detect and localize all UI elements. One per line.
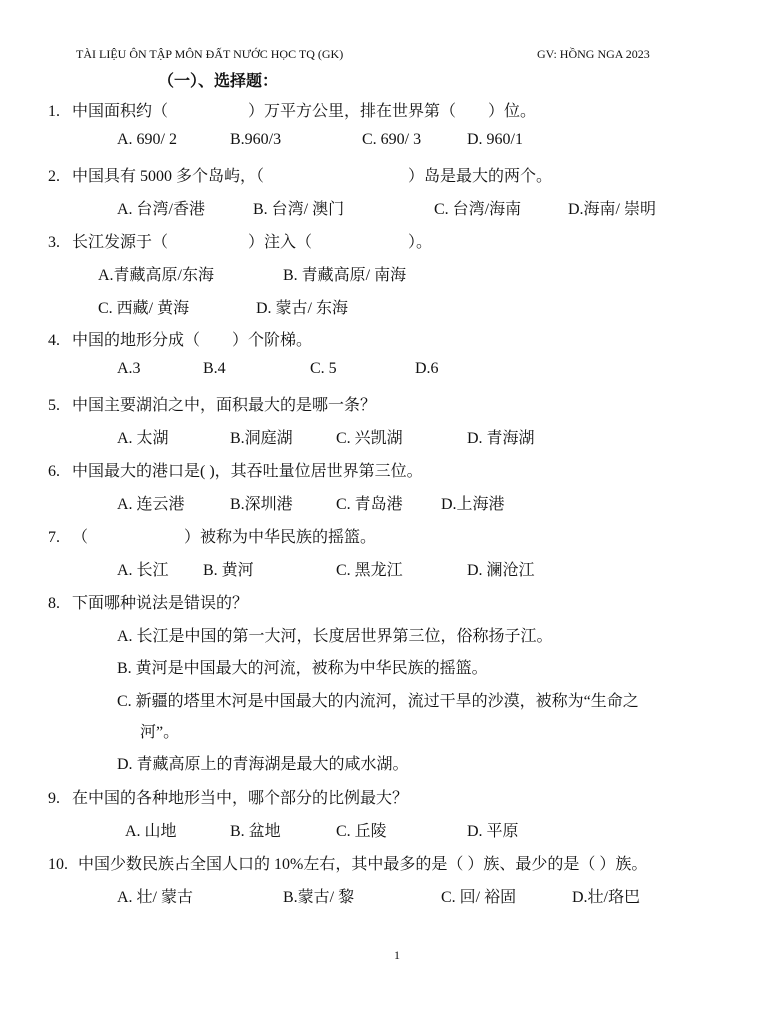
option-7a: A. 长江: [117, 557, 169, 580]
page-number: 1: [394, 948, 400, 963]
option-5a: A. 太湖: [117, 425, 169, 448]
option-8a: A. 长江是中国的第一大河，长度居世界第三位，俗称扬子江。: [117, 623, 553, 646]
question-text: 在中国的各种地形当中，哪个部分的比例最大？: [72, 790, 408, 807]
question-number: 6.: [48, 463, 60, 480]
question-8: 8. 下面哪种说法是错误的？: [48, 590, 248, 613]
question-number: 2.: [48, 168, 60, 185]
option-9b: B. 盆地: [230, 818, 281, 841]
question-number: 5.: [48, 397, 60, 414]
question-number: 10.: [48, 856, 68, 873]
question-text: 中国最大的港口是( )，其吞吐量位居世界第三位。: [72, 463, 423, 480]
question-text: 长江发源于（ ）注入（ ）。: [72, 234, 432, 251]
question-7: 7. （ ）被称为中华民族的摇篮。: [48, 524, 376, 547]
option-3a: A.青藏高原/东海: [98, 262, 214, 285]
question-number: 3.: [48, 234, 60, 251]
option-8d: D. 青藏高原上的青海湖是最大的咸水湖。: [117, 751, 409, 774]
question-3: 3. 长江发源于（ ）注入（ ）。: [48, 229, 432, 252]
document-header-author: GV: HỒNG NGA 2023: [537, 47, 650, 62]
question-text: 中国具有 5000 多个岛屿，（ ）岛是最大的两个。: [72, 168, 552, 185]
option-6b: B.深圳港: [230, 491, 293, 514]
option-10a: A. 壮/ 蒙古: [117, 884, 193, 907]
question-4: 4. 中国的地形分成（ ）个阶梯。: [48, 327, 312, 350]
option-4b: B.4: [203, 360, 226, 378]
option-8c: C. 新疆的塔里木河是中国最大的内流河，流过干旱的沙漠，被称为“生命之: [117, 688, 639, 711]
option-9c: C. 丘陵: [336, 818, 387, 841]
question-number: 4.: [48, 332, 60, 349]
option-10d: D.壮/珞巴: [572, 884, 640, 907]
option-1c: C. 690/ 3: [362, 131, 421, 149]
option-7d: D. 澜沧江: [467, 557, 535, 580]
option-7c: C. 黑龙江: [336, 557, 403, 580]
question-number: 1.: [48, 103, 60, 120]
option-1b: B.960/3: [230, 131, 281, 149]
option-10c: C. 回/ 裕固: [441, 884, 516, 907]
option-5c: C. 兴凯湖: [336, 425, 403, 448]
question-number: 9.: [48, 790, 60, 807]
question-text: 下面哪种说法是错误的？: [72, 595, 248, 612]
question-text: 中国面积约（ ）万平方公里，排在世界第（ ）位。: [72, 103, 536, 120]
question-text: 中国少数民族占全国人口的 10%左右，其中最多的是（ ）族、最少的是（ ）族。: [78, 856, 647, 873]
section-title: （一）、选择题：: [158, 68, 278, 91]
option-2b: B. 台湾/ 澳门: [253, 196, 344, 219]
option-5d: D. 青海湖: [467, 425, 535, 448]
option-4d: D.6: [415, 360, 439, 378]
option-1d: D. 960/1: [467, 131, 523, 149]
option-3d: D. 蒙古/ 东海: [256, 295, 348, 318]
option-2d: D.海南/ 崇明: [568, 196, 656, 219]
option-8b: B. 黄河是中国最大的河流，被称为中华民族的摇篮。: [117, 655, 488, 678]
option-6a: A. 连云港: [117, 491, 185, 514]
option-3b: B. 青藏高原/ 南海: [283, 262, 406, 285]
question-text: 中国主要湖泊之中，面积最大的是哪一条？: [72, 397, 376, 414]
option-6c: C. 青岛港: [336, 491, 403, 514]
question-10: 10. 中国少数民族占全国人口的 10%左右，其中最多的是（ ）族、最少的是（ …: [48, 851, 647, 874]
question-text: 中国的地形分成（ ）个阶梯。: [72, 332, 312, 349]
question-5: 5. 中国主要湖泊之中，面积最大的是哪一条？: [48, 392, 376, 415]
question-1: 1. 中国面积约（ ）万平方公里，排在世界第（ ）位。: [48, 98, 536, 121]
option-1a: A. 690/ 2: [117, 131, 177, 149]
option-10b: B.蒙古/ 黎: [283, 884, 354, 907]
option-2c: C. 台湾/海南: [434, 196, 521, 219]
option-8c-continuation: 河”。: [140, 719, 179, 742]
option-9d: D. 平原: [467, 818, 519, 841]
question-9: 9. 在中国的各种地形当中，哪个部分的比例最大？: [48, 785, 408, 808]
question-number: 8.: [48, 595, 60, 612]
document-header-title: TÀI LIỆU ÔN TẬP MÔN ĐẤT NƯỚC HỌC TQ (GK): [76, 47, 343, 62]
question-text: （ ）被称为中华民族的摇篮。: [72, 529, 376, 546]
option-6d: D.上海港: [441, 491, 505, 514]
question-6: 6. 中国最大的港口是( )，其吞吐量位居世界第三位。: [48, 458, 423, 481]
question-number: 7.: [48, 529, 60, 546]
option-3c: C. 西藏/ 黄海: [98, 295, 189, 318]
option-5b: B.洞庭湖: [230, 425, 293, 448]
question-2: 2. 中国具有 5000 多个岛屿，（ ）岛是最大的两个。: [48, 163, 552, 186]
option-2a: A. 台湾/香港: [117, 196, 205, 219]
option-9a: A. 山地: [125, 818, 177, 841]
option-7b: B. 黄河: [203, 557, 254, 580]
option-4a: A.3: [117, 360, 141, 378]
option-4c: C. 5: [310, 360, 337, 378]
